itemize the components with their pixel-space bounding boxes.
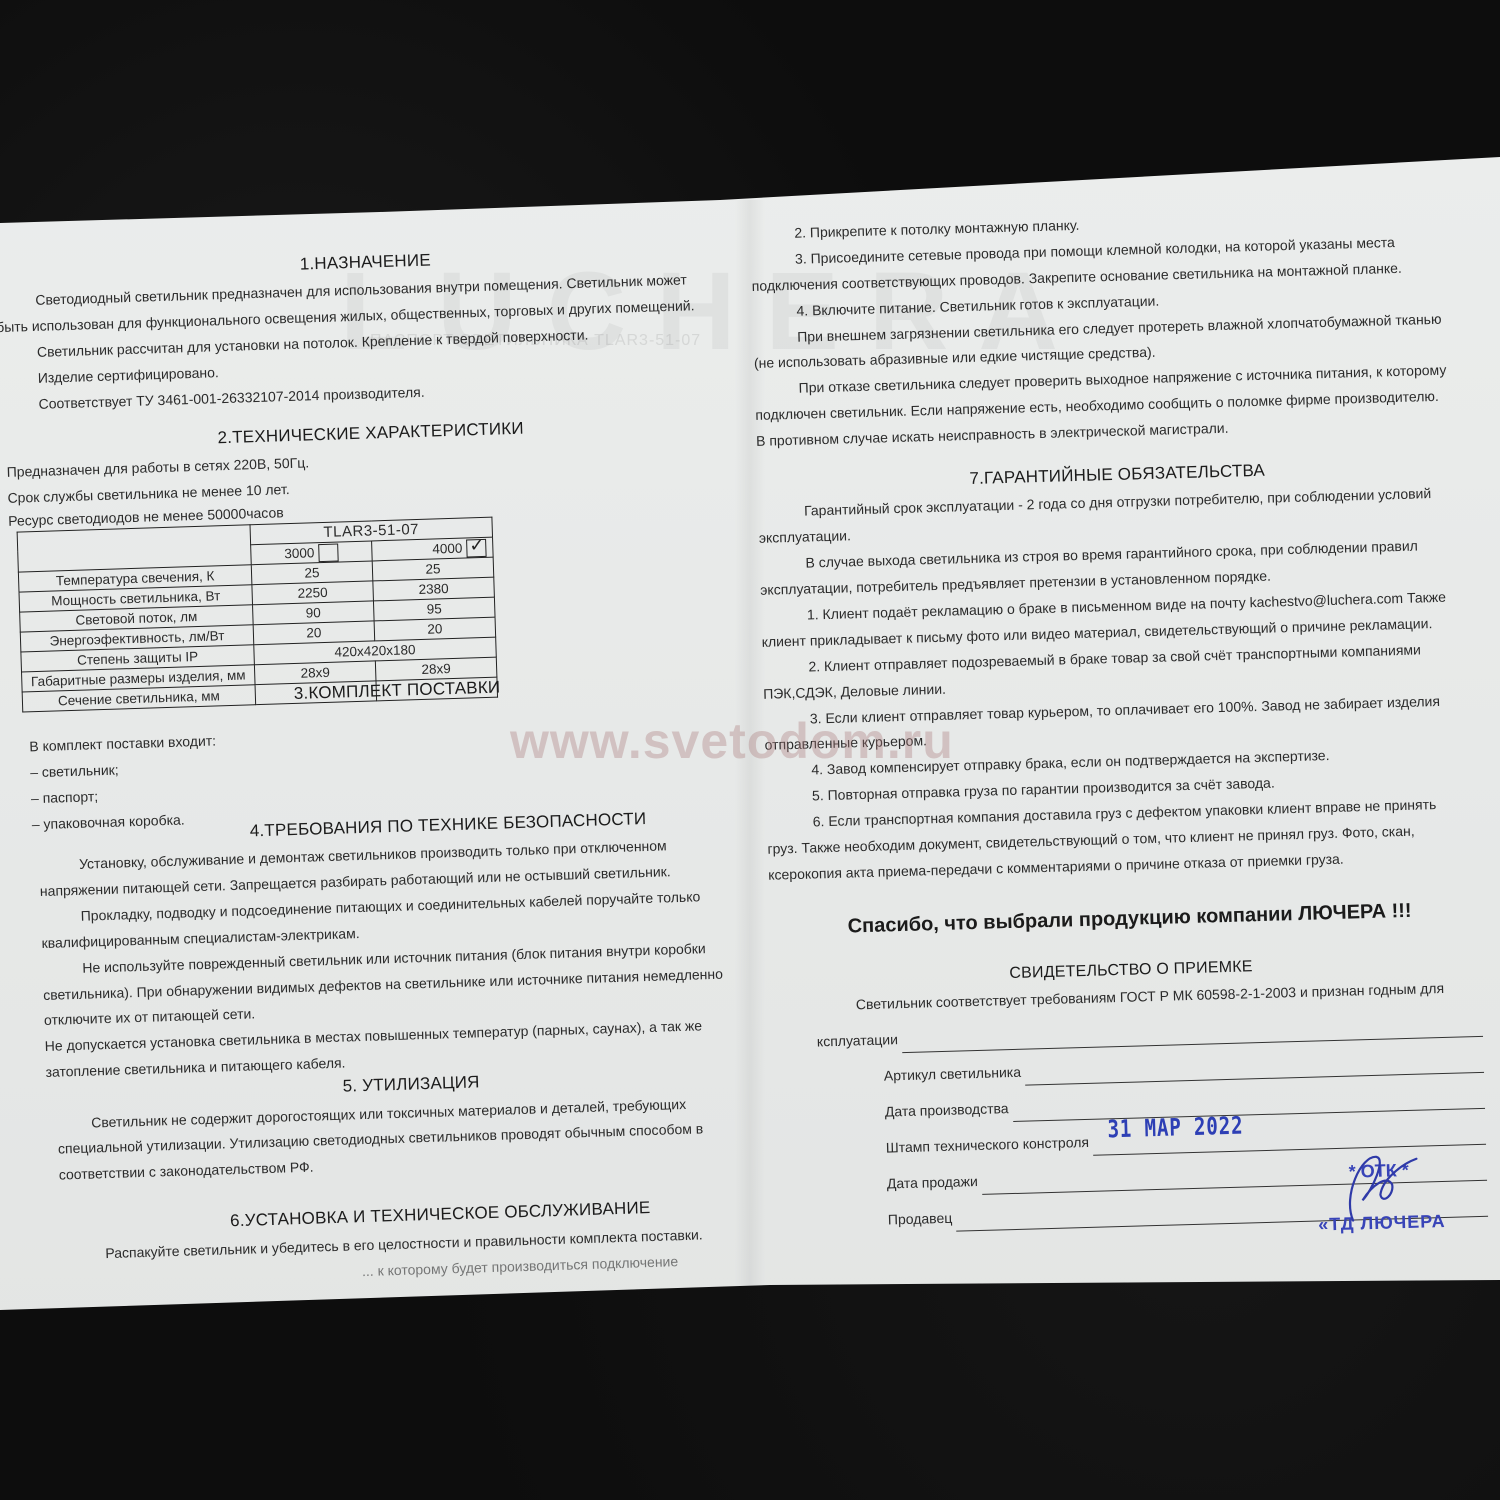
section-warranty: 7.ГАРАНТИЙНЫЕ ОБЯЗАТЕЛЬСТВА Гарантийный … bbox=[757, 449, 1488, 889]
checkbox-3000[interactable] bbox=[318, 544, 339, 563]
watermark: www.svetodom.ru bbox=[510, 712, 954, 770]
section-safety: 4.ТРЕБОВАНИЯ ПО ТЕХНИКЕ БЕЗОПАСНОСТИ Уст… bbox=[18, 799, 756, 1086]
section-tech-specs: 2.ТЕХНИЧЕСКИЕ ХАРАКТЕРИСТИКИ Предназначе… bbox=[5, 406, 744, 713]
thank-you-message: Спасибо, что выбрали продукцию компании … bbox=[769, 890, 1490, 947]
signature-icon bbox=[1331, 1144, 1423, 1226]
checkbox-4000-checked[interactable] bbox=[466, 539, 487, 558]
date-stamp: 31 МАР 2022 bbox=[1107, 1104, 1244, 1152]
section-installation-continued: 2. Прикрепите к потолку монтажную планку… bbox=[750, 202, 1476, 455]
section-purpose: 1.НАЗНАЧЕНИЕ Светодиодный светильник пре… bbox=[0, 235, 735, 419]
section-title: 3.КОМПЛЕКТ ПОСТАВКИ bbox=[293, 672, 500, 710]
